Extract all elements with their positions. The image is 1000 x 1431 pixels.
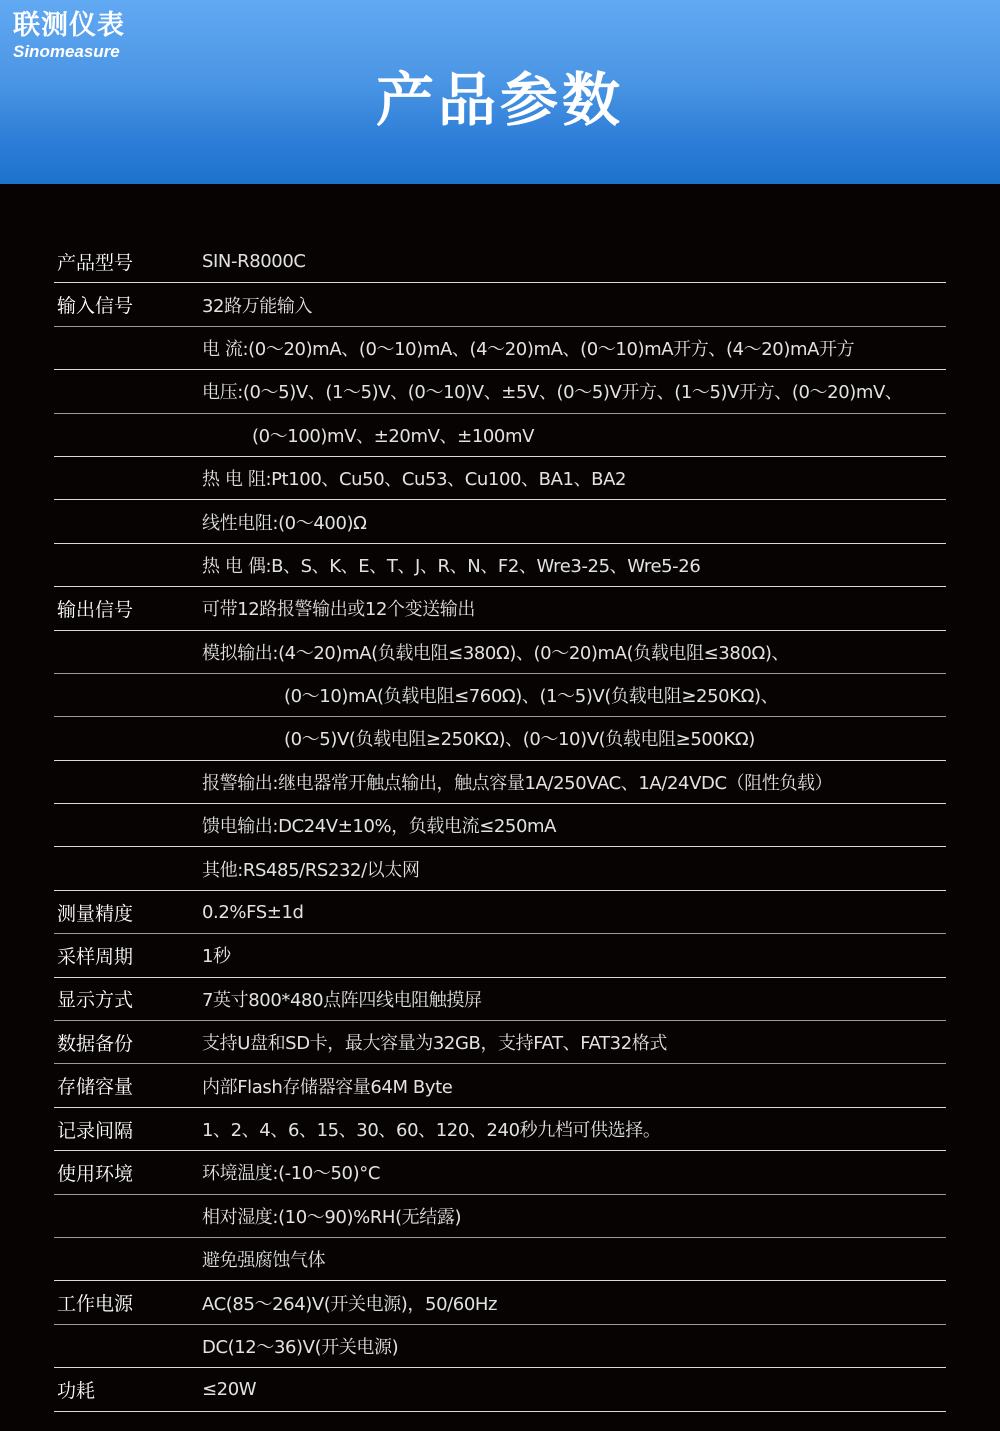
spec-row: 测量精度0.2%FS±1d [54, 891, 946, 934]
spec-value: 可带12路报警输出或12个变送输出 [202, 595, 475, 621]
spec-row: 产品型号SIN-R8000C [54, 240, 946, 283]
spec-value: 报警输出:继电器常开触点输出，触点容量1A/250VAC、1A/24VDC（阻性… [202, 769, 832, 795]
spec-value: 热 电 阻:Pt100、Cu50、Cu53、Cu100、BA1、BA2 [202, 465, 626, 491]
spec-row: (0～100)mV、±20mV、±100mV [54, 414, 946, 457]
spec-row: 其他:RS485/RS232/以太网 [54, 847, 946, 890]
spec-value: 1秒 [202, 942, 231, 968]
spec-label: 功耗 [54, 1376, 202, 1403]
spec-row: 模拟输出:(4～20)mA(负载电阻≤380Ω)、(0～20)mA(负载电阻≤3… [54, 631, 946, 674]
spec-value: 电压:(0～5)V、(1～5)V、(0～10)V、±5V、(0～5)V开方、(1… [202, 378, 903, 404]
spec-value: (0～10)mA(负载电阻≤760Ω)、(1～5)V(负载电阻≥250KΩ)、 [202, 682, 778, 708]
brand-logo: 联测仪表 Sinomeasure [13, 10, 125, 62]
spec-value: 1、2、4、6、15、30、60、120、240秒九档可供选择。 [202, 1116, 660, 1142]
spec-row: 热 电 偶:B、S、K、E、T、J、R、N、F2、Wre3-25、Wre5-26 [54, 544, 946, 587]
spec-row: 输出信号可带12路报警输出或12个变送输出 [54, 587, 946, 630]
spec-row: 线性电阻:(0～400)Ω [54, 500, 946, 543]
spec-label: 记录间隔 [54, 1116, 202, 1143]
spec-value: AC(85～264)V(开关电源)，50/60Hz [202, 1290, 497, 1316]
page-title: 产品参数 [0, 62, 1000, 138]
spec-table: 产品型号SIN-R8000C输入信号32路万能输入电 流:(0～20)mA、(0… [54, 240, 946, 1412]
spec-label: 工作电源 [54, 1289, 202, 1316]
spec-value: 32路万能输入 [202, 292, 312, 318]
spec-value: (0～100)mV、±20mV、±100mV [202, 422, 534, 448]
spec-row: 采样周期1秒 [54, 934, 946, 977]
spec-value: DC(12～36)V(开关电源) [202, 1333, 398, 1359]
spec-value: 支持U盘和SD卡，最大容量为32GB，支持FAT、FAT32格式 [202, 1029, 667, 1055]
spec-row: 热 电 阻:Pt100、Cu50、Cu53、Cu100、BA1、BA2 [54, 457, 946, 500]
spec-value: 相对湿度:(10～90)%RH(无结露) [202, 1203, 461, 1229]
spec-row: 记录间隔1、2、4、6、15、30、60、120、240秒九档可供选择。 [54, 1108, 946, 1151]
spec-value: 0.2%FS±1d [202, 902, 304, 923]
spec-value: 环境温度:(-10～50)°C [202, 1159, 380, 1185]
brand-name-en: Sinomeasure [13, 42, 125, 62]
spec-value: 7英寸800*480点阵四线电阻触摸屏 [202, 986, 482, 1012]
spec-label: 数据备份 [54, 1029, 202, 1056]
spec-value: 电 流:(0～20)mA、(0～10)mA、(4～20)mA、(0～10)mA开… [202, 335, 854, 361]
spec-row: 使用环境环境温度:(-10～50)°C [54, 1151, 946, 1194]
spec-label: 测量精度 [54, 899, 202, 926]
spec-row: 报警输出:继电器常开触点输出，触点容量1A/250VAC、1A/24VDC（阻性… [54, 761, 946, 804]
spec-row: 数据备份支持U盘和SD卡，最大容量为32GB，支持FAT、FAT32格式 [54, 1021, 946, 1064]
spec-row: 工作电源AC(85～264)V(开关电源)，50/60Hz [54, 1281, 946, 1324]
spec-value: 热 电 偶:B、S、K、E、T、J、R、N、F2、Wre3-25、Wre5-26 [202, 552, 700, 578]
spec-row: 存储容量内部Flash存储器容量64M Byte [54, 1064, 946, 1107]
header-banner: 联测仪表 Sinomeasure 产品参数 [0, 0, 1000, 184]
spec-value: SIN-R8000C [202, 251, 306, 272]
spec-value: (0～5)V(负载电阻≥250KΩ)、(0～10)V(负载电阻≥500KΩ) [202, 725, 755, 751]
spec-row: 电 流:(0～20)mA、(0～10)mA、(4～20)mA、(0～10)mA开… [54, 327, 946, 370]
spec-row: 相对湿度:(10～90)%RH(无结露) [54, 1195, 946, 1238]
spec-label: 输入信号 [54, 291, 202, 318]
spec-row: 功耗≤20W [54, 1368, 946, 1411]
spec-label: 显示方式 [54, 985, 202, 1012]
spec-value: 避免强腐蚀气体 [202, 1246, 325, 1272]
spec-row: 显示方式7英寸800*480点阵四线电阻触摸屏 [54, 978, 946, 1021]
spec-value: ≤20W [202, 1379, 256, 1400]
spec-row: (0～5)V(负载电阻≥250KΩ)、(0～10)V(负载电阻≥500KΩ) [54, 717, 946, 760]
spec-row: DC(12～36)V(开关电源) [54, 1325, 946, 1368]
brand-name-cn: 联测仪表 [13, 10, 125, 42]
spec-value: 内部Flash存储器容量64M Byte [202, 1073, 452, 1099]
spec-row: 输入信号32路万能输入 [54, 283, 946, 326]
spec-value: 其他:RS485/RS232/以太网 [202, 856, 420, 882]
spec-row: 馈电输出:DC24V±10%，负载电流≤250mA [54, 804, 946, 847]
spec-value: 模拟输出:(4～20)mA(负载电阻≤380Ω)、(0～20)mA(负载电阻≤3… [202, 639, 789, 665]
spec-row: 电压:(0～5)V、(1～5)V、(0～10)V、±5V、(0～5)V开方、(1… [54, 370, 946, 413]
spec-label: 产品型号 [54, 248, 202, 275]
spec-label: 输出信号 [54, 595, 202, 622]
spec-value: 馈电输出:DC24V±10%，负载电流≤250mA [202, 812, 556, 838]
spec-label: 存储容量 [54, 1072, 202, 1099]
spec-row: (0～10)mA(负载电阻≤760Ω)、(1～5)V(负载电阻≥250KΩ)、 [54, 674, 946, 717]
spec-label: 采样周期 [54, 942, 202, 969]
spec-value: 线性电阻:(0～400)Ω [202, 509, 366, 535]
spec-row: 避免强腐蚀气体 [54, 1238, 946, 1281]
spec-label: 使用环境 [54, 1159, 202, 1186]
